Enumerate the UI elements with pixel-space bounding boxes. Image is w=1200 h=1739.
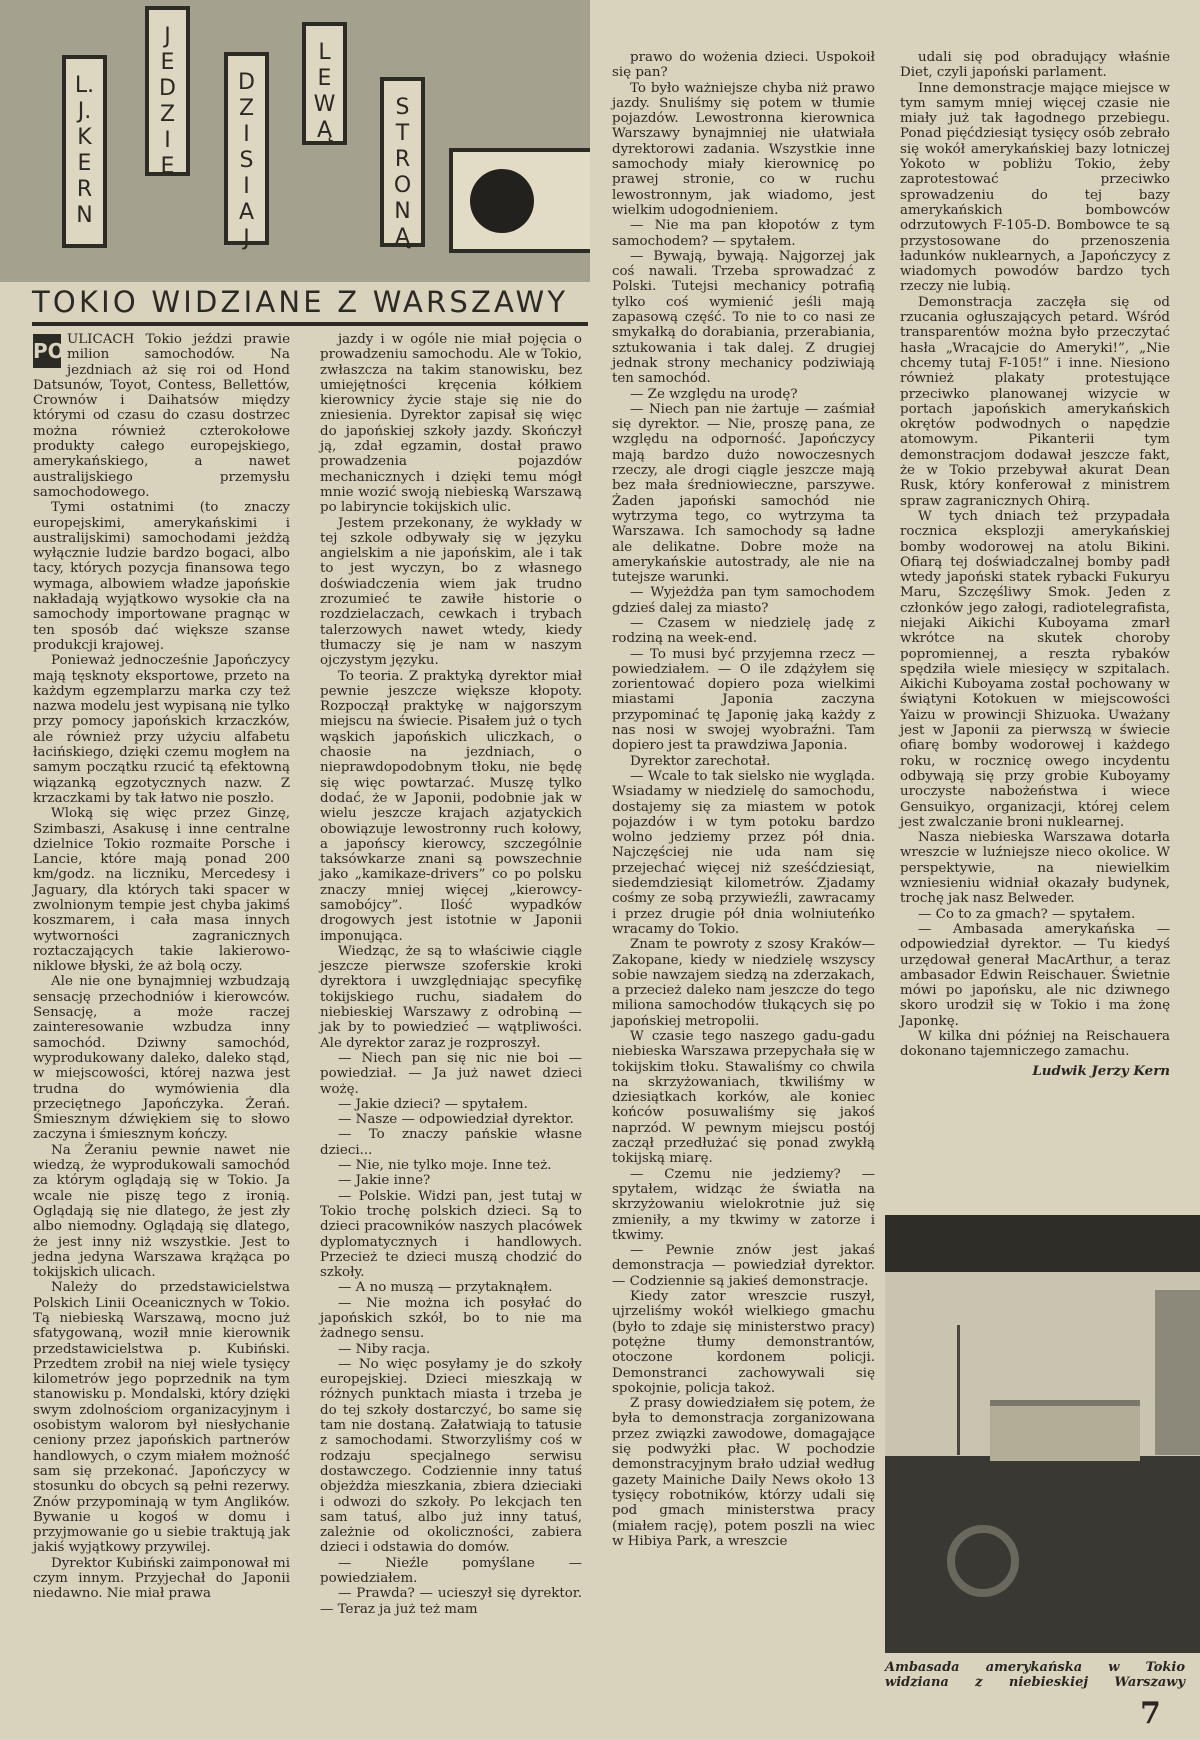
page-number: 7 (1140, 1696, 1161, 1731)
tag-letter: L (318, 40, 330, 66)
article-paragraph: — No więc posyłamy je do szkoły europejs… (320, 1357, 582, 1556)
article-paragraph: — Nie, nie tylko moje. Inne też. (320, 1158, 582, 1173)
article-paragraph: To teoria. Z praktyką dyrektor miał pewn… (320, 669, 582, 944)
rising-sun-icon (470, 169, 534, 233)
tag-dzisiaj: DZISIAJ (224, 52, 269, 245)
article-paragraph: — Nieźle pomyślane — powiedziałem. (320, 1556, 582, 1587)
header-illustration: L.J.KERN JEDZIE DZISIAJ LEWĄ STRONĄ (0, 0, 590, 282)
drop-cap: PO (33, 334, 61, 368)
article-paragraph: Demonstracja zaczęła się od rzucania ogł… (900, 295, 1170, 509)
article-paragraph: — Nasze — odpowiedział dyrektor. (320, 1112, 582, 1127)
article-paragraph: — Ambasada amerykańska — odpowiedział dy… (900, 922, 1170, 1029)
article-paragraph: jazdy i w ogóle nie miał pojęcia o prowa… (320, 332, 582, 516)
photo-steering-wheel (947, 1525, 1019, 1597)
tag-letter: R (77, 177, 92, 203)
article-paragraph: — Prawda? — ucieszył się dyrektor. — Ter… (320, 1586, 582, 1617)
photo-caption: Ambasada amerykańska w Tokio widziana z … (885, 1660, 1185, 1690)
article-paragraph: Inne demonstracje mające miejsce w tym s… (900, 81, 1170, 295)
tag-letter: J (164, 24, 171, 50)
article-paragraph: — Ze względu na urodę? (612, 387, 875, 402)
tag-strona: STRONĄ (380, 77, 425, 247)
article-paragraph: Ponieważ jednocześnie Japończycy mają tę… (33, 653, 290, 806)
tag-letter: J (243, 226, 250, 252)
article-paragraph: — Nie można ich posyłać do japońskich sz… (320, 1296, 582, 1342)
article-column-4: udali się pod obradujący właśnie Diet, c… (900, 50, 1170, 1079)
article-title: TOKIO WIDZIANE Z WARSZAWY (32, 282, 588, 326)
tag-letter: R (395, 147, 410, 173)
article-paragraph: To było ważniejsze chyba niż prawo jazdy… (612, 81, 875, 219)
tag-letter: Z (160, 102, 175, 128)
tag-letter: T (396, 121, 409, 147)
article-paragraph: — To znaczy pańskie własne dzieci... (320, 1127, 582, 1158)
photo-embassy-building (990, 1400, 1140, 1461)
article-paragraph: — Wcale to tak sielsko nie wygląda. Wsia… (612, 769, 875, 937)
tag-letter: D (238, 70, 255, 96)
article-paragraph: — Co to za gmach? — spytałem. (900, 907, 1170, 922)
article-paragraph: — Niech pan się nic nie boi — powiedział… (320, 1051, 582, 1097)
article-column-3: prawo do wożenia dzieci. Uspokoił się pa… (612, 50, 875, 1549)
tag-letter: N (76, 203, 92, 229)
tag-lewa: LEWĄ (302, 22, 347, 145)
article-paragraph: Na Żeraniu pewnie nawet nie wiedzą, że w… (33, 1143, 290, 1281)
article-paragraph: — Pewnie znów jest jakaś demonstracja — … (612, 1243, 875, 1289)
tag-letter: J. (78, 99, 91, 125)
tag-letter: O (394, 173, 411, 199)
article-paragraph: — Polskie. Widzi pan, jest tutaj w Tokio… (320, 1189, 582, 1281)
article-paragraph: Tymi ostatnimi (to znaczy europejskimi, … (33, 500, 290, 653)
tag-letter: S (240, 148, 254, 174)
tag-letter: Ą (395, 225, 410, 251)
tag-author: L.J.KERN (62, 55, 107, 248)
title-underline (32, 322, 588, 326)
article-paragraph: — A no muszą — przytaknąłem. (320, 1280, 582, 1295)
tag-letter: W (314, 92, 336, 118)
article-paragraph: Kiedy zator wreszcie ruszył, ujrzeliśmy … (612, 1289, 875, 1396)
article-paragraph: Ale nie one bynajmniej wzbudzają sensacj… (33, 974, 290, 1142)
embassy-photo (885, 1215, 1200, 1653)
article-paragraph: Wiedząc, że są to właściwie ciągle jeszc… (320, 944, 582, 1051)
article-paragraph: W tych dniach też przypadała rocznica ek… (900, 509, 1170, 830)
tag-letter: A (239, 200, 254, 226)
article-paragraph: Wloką się więc przez Ginzę, Szimbaszi, A… (33, 806, 290, 974)
article-paragraph: — Bywają, bywają. Najgorzej jak coś nawa… (612, 249, 875, 387)
tag-letter: E (161, 154, 175, 180)
article-paragraph: — Czasem w niedzielę jadę z rodziną na w… (612, 616, 875, 647)
article-paragraph: — Niby racja. (320, 1342, 582, 1357)
article-paragraph: W czasie tego naszego gadu-gadu niebiesk… (612, 1029, 875, 1167)
article-paragraph: — To musi być przyjemna rzecz — powiedzi… (612, 647, 875, 754)
article-paragraph: — Jakie dzieci? — spytałem. (320, 1097, 582, 1112)
tag-letter: L. (75, 73, 94, 99)
tag-letter: S (396, 95, 410, 121)
article-paragraph: — Niech pan nie żartuje — zaśmiał się dy… (612, 402, 875, 586)
tag-letter: E (161, 50, 175, 76)
tag-jedzie: JEDZIE (145, 6, 190, 176)
author-byline: Ludwik Jerzy Kern (900, 1064, 1170, 1079)
article-paragraph: Znam te powroty z szosy Kraków—Zakopane,… (612, 937, 875, 1029)
article-paragraph: W kilka dni później na Reischauera dokon… (900, 1029, 1170, 1060)
article-column-2: jazdy i w ogóle nie miał pojęcia o prowa… (320, 332, 582, 1617)
photo-pole (957, 1325, 960, 1455)
article-paragraph: Należy do przedstawicielstwa Polskich Li… (33, 1280, 290, 1555)
article-paragraph: — Jakie inne? (320, 1173, 582, 1188)
tag-letter: Z (239, 96, 254, 122)
article-paragraph: POULICACH Tokio jeździ prawie milion sam… (33, 332, 290, 500)
tag-letter: E (318, 66, 332, 92)
photo-office-tower (1155, 1290, 1200, 1455)
tag-letter: Ą (317, 118, 332, 144)
article-paragraph: Dyrektor zarechotał. (612, 754, 875, 769)
tag-letter: I (243, 174, 250, 200)
article-paragraph: udali się pod obradujący właśnie Diet, c… (900, 50, 1170, 81)
article-paragraph: prawo do wożenia dzieci. Uspokoił się pa… (612, 50, 875, 81)
article-paragraph: — Wyjeżdża pan tym samochodem gdzieś dal… (612, 585, 875, 616)
tag-letter: I (164, 128, 171, 154)
tag-letter: E (78, 151, 92, 177)
article-paragraph: — Czemu nie jedziemy? — spytałem, widząc… (612, 1167, 875, 1243)
article-paragraph: Z prasy dowiedziałem się potem, że była … (612, 1396, 875, 1549)
article-paragraph: Nasza niebieska Warszawa dotarła wreszci… (900, 830, 1170, 906)
tag-letter: I (243, 122, 250, 148)
japan-flag-icon (449, 148, 590, 253)
tag-letter: N (394, 199, 410, 225)
tag-letter: K (77, 125, 91, 151)
article-paragraph: Jestem przekonany, że wykłady w tej szko… (320, 516, 582, 669)
article-paragraph: Dyrektor Kubiński zaimponował mi czym in… (33, 1556, 290, 1602)
tag-letter: D (159, 76, 176, 102)
article-paragraph: — Nie ma pan kłopotów z tym samochodem? … (612, 218, 875, 249)
article-column-1: POULICACH Tokio jeździ prawie milion sam… (33, 332, 290, 1602)
